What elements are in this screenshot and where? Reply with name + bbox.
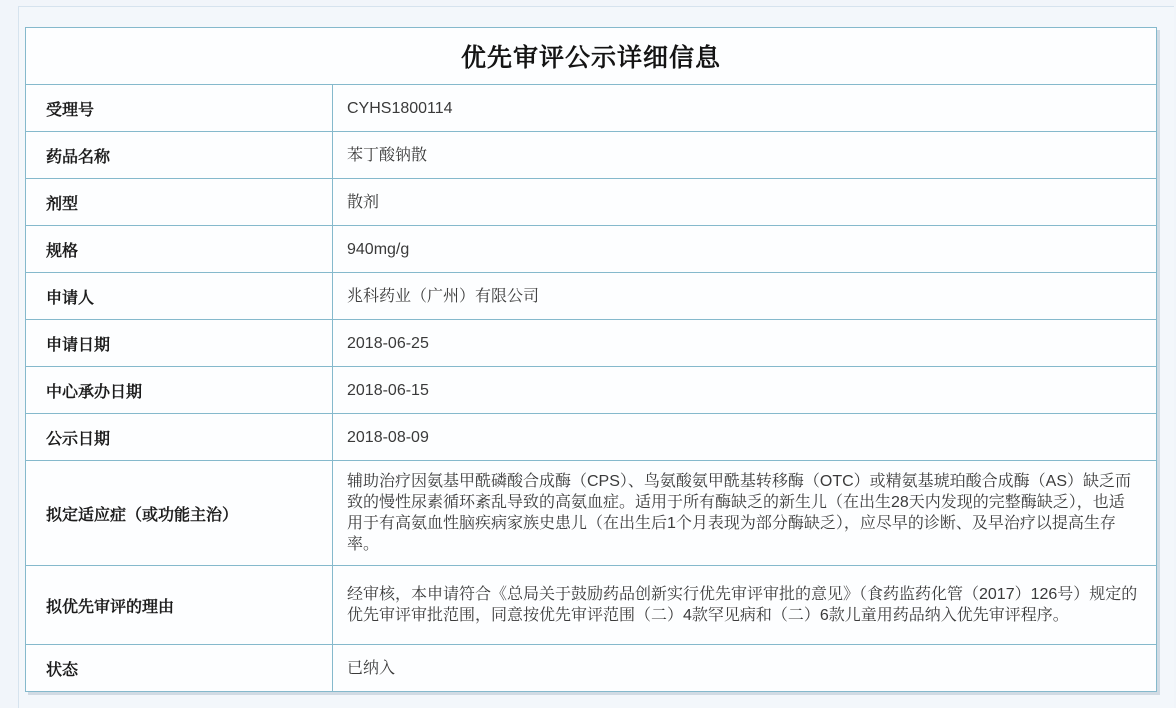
field-value-publicity-date: 2018-08-09 <box>333 414 1157 461</box>
field-value-dosage-form: 散剂 <box>333 179 1157 226</box>
field-label-acceptance-number: 受理号 <box>26 85 333 132</box>
field-label-status: 状态 <box>26 645 333 692</box>
table-row: 状态 已纳入 <box>26 645 1157 692</box>
field-value-acceptance-number: CYHS1800114 <box>333 85 1157 132</box>
table-row: 拟优先审评的理由 经审核，本申请符合《总局关于鼓励药品创新实行优先审评审批的意见… <box>26 566 1157 645</box>
table-row: 拟定适应症（或功能主治） 辅助治疗因氨基甲酰磷酸合成酶（CPS）、鸟氨酸氨甲酰基… <box>26 461 1157 566</box>
table-row: 药品名称 苯丁酸钠散 <box>26 132 1157 179</box>
field-label-application-date: 申请日期 <box>26 320 333 367</box>
field-label-applicant: 申请人 <box>26 273 333 320</box>
table-row: 规格 940mg/g <box>26 226 1157 273</box>
table-row: 申请人 兆科药业（广州）有限公司 <box>26 273 1157 320</box>
table-row: 受理号 CYHS1800114 <box>26 85 1157 132</box>
field-value-priority-review-reason: 经审核，本申请符合《总局关于鼓励药品创新实行优先审评审批的意见》（食药监药化管（… <box>333 566 1157 645</box>
field-value-status: 已纳入 <box>333 645 1157 692</box>
field-value-applicant: 兆科药业（广州）有限公司 <box>333 273 1157 320</box>
table-row: 申请日期 2018-06-25 <box>26 320 1157 367</box>
field-value-proposed-indication: 辅助治疗因氨基甲酰磷酸合成酶（CPS）、鸟氨酸氨甲酰基转移酶（OTC）或精氨基琥… <box>333 461 1157 566</box>
table-row: 剂型 散剂 <box>26 179 1157 226</box>
priority-review-detail-table: 优先审评公示详细信息 受理号 CYHS1800114 药品名称 苯丁酸钠散 剂型… <box>25 27 1157 692</box>
title-row: 优先审评公示详细信息 <box>26 28 1157 85</box>
table-row: 中心承办日期 2018-06-15 <box>26 367 1157 414</box>
field-value-drug-name: 苯丁酸钠散 <box>333 132 1157 179</box>
field-label-drug-name: 药品名称 <box>26 132 333 179</box>
field-label-priority-review-reason: 拟优先审评的理由 <box>26 566 333 645</box>
field-label-specification: 规格 <box>26 226 333 273</box>
page-title: 优先审评公示详细信息 <box>26 28 1157 85</box>
field-value-center-undertake-date: 2018-06-15 <box>333 367 1157 414</box>
field-value-specification: 940mg/g <box>333 226 1157 273</box>
table-row: 公示日期 2018-08-09 <box>26 414 1157 461</box>
field-label-center-undertake-date: 中心承办日期 <box>26 367 333 414</box>
field-label-proposed-indication: 拟定适应症（或功能主治） <box>26 461 333 566</box>
field-label-dosage-form: 剂型 <box>26 179 333 226</box>
field-value-application-date: 2018-06-25 <box>333 320 1157 367</box>
field-label-publicity-date: 公示日期 <box>26 414 333 461</box>
